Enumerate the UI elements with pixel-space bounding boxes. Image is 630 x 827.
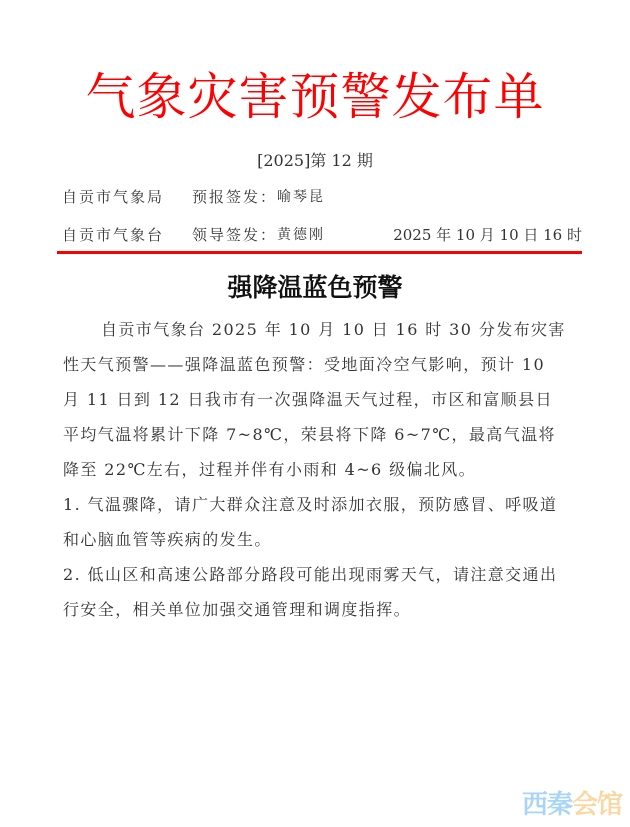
meta-row-leader: 自贡市气象台 领导签发： 黄德刚 2025 年 10 月 10 日 16 时 [62,224,582,246]
warning-paragraph: 自贡市气象台 2025 年 10 月 10 日 16 时 30 分发布灾害性天气… [63,312,568,487]
advice-item-2: 2. 低山区和高速公路部分路段可能出现雨雾天气，请注意交通出行安全，相关单位加强… [63,557,568,627]
signer-name: 喻琴昆 [277,186,325,206]
sign-label: 预报签发： [192,186,277,207]
document-title: 气象灾害预警发布单 [0,62,630,132]
sign-label: 领导签发： [192,224,277,245]
issuing-org: 自贡市气象台 [62,224,164,245]
issue-number: [2025]第 12 期 [0,148,630,171]
meta-row-forecast: 自贡市气象局 预报签发： 喻琴昆 [62,186,582,208]
advice-item-1: 1. 气温骤降，请广大群众注意及时添加衣服，预防感冒、呼吸道和心脑血管等疾病的发… [63,487,568,557]
red-divider [57,251,582,254]
watermark-part1: 西秦 [522,790,572,820]
watermark-logo: 西秦会馆 [522,784,622,821]
issuing-org: 自贡市气象局 [62,186,164,207]
signer-name: 黄德刚 [277,224,325,244]
watermark-part2: 会馆 [572,790,622,820]
warning-body: 自贡市气象台 2025 年 10 月 10 日 16 时 30 分发布灾害性天气… [63,312,568,627]
issue-date: 2025 年 10 月 10 日 16 时 [393,224,582,245]
warning-title: 强降温蓝色预警 [0,268,630,304]
